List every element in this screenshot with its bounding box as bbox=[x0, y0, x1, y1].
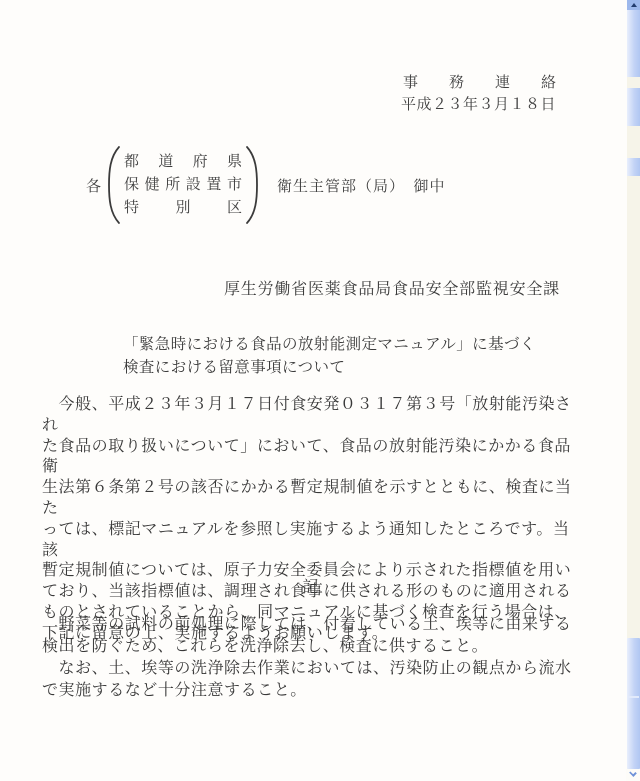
scroll-down-button[interactable] bbox=[626, 769, 640, 781]
addressee-prefix: 各 bbox=[86, 175, 101, 196]
scrollbar[interactable] bbox=[626, 0, 640, 781]
document-page: 事 務 連 絡 平成２３年３月１８日 各 都道府県 保健所設置市 特別区 衛生主… bbox=[0, 0, 640, 781]
scrollbar-thumb-divider bbox=[628, 696, 639, 698]
left-bracket bbox=[106, 145, 121, 225]
right-bracket bbox=[245, 145, 260, 225]
scrollbar-segment-3[interactable] bbox=[627, 158, 640, 176]
addressee-list: 都道府県 保健所設置市 特別区 bbox=[124, 151, 242, 220]
chevron-down-icon bbox=[629, 769, 637, 777]
note-paragraph-2: なお、土、埃等の洗浄除去作業においては、汚染防止の観点から流水 で実施するなど十… bbox=[42, 658, 579, 701]
addressee-line-health-center-cities: 保健所設置市 bbox=[124, 174, 242, 197]
scrollbar-segment-2[interactable] bbox=[627, 88, 640, 126]
note-paragraph-1: 野菜等の試料の前処理に際しては、付着している土、埃等に由来する 検出を防ぐため、… bbox=[42, 614, 579, 657]
scrollbar-segment-1[interactable] bbox=[627, 10, 640, 77]
addressee-suffix: 衛生主管部（局） 御中 bbox=[277, 175, 446, 196]
scrollbar-thumb[interactable] bbox=[627, 638, 640, 769]
addressee-block: 各 都道府県 保健所設置市 特別区 衛生主管部（局） 御中 bbox=[86, 145, 446, 225]
scroll-up-button[interactable] bbox=[627, 0, 640, 10]
document-title: 「緊急時における食品の放射能測定マニュアル」に基づく 検査における留意事項につい… bbox=[123, 333, 536, 379]
arrow-up-icon bbox=[631, 3, 637, 7]
document-title-line2: 検査における留意事項について bbox=[123, 356, 536, 379]
addressee-line-special-wards: 特別区 bbox=[124, 197, 242, 220]
body-paragraph: 今般、平成２３年３月１７日付食安発０３１７第３号「放射能汚染され た食品の取り扱… bbox=[42, 395, 579, 645]
notice-date: 平成２３年３月１８日 bbox=[401, 94, 556, 116]
document-title-line1: 「緊急時における食品の放射能測定マニュアル」に基づく bbox=[123, 333, 536, 356]
addressee-line-prefectures: 都道府県 bbox=[124, 151, 242, 174]
notice-type: 事 務 連 絡 bbox=[401, 72, 564, 94]
section-marker: 記 bbox=[42, 574, 579, 597]
sender-line: 厚生労働省医薬食品局食品安全部監視安全課 bbox=[224, 276, 560, 299]
document-header: 事 務 連 絡 平成２３年３月１８日 bbox=[401, 72, 556, 116]
